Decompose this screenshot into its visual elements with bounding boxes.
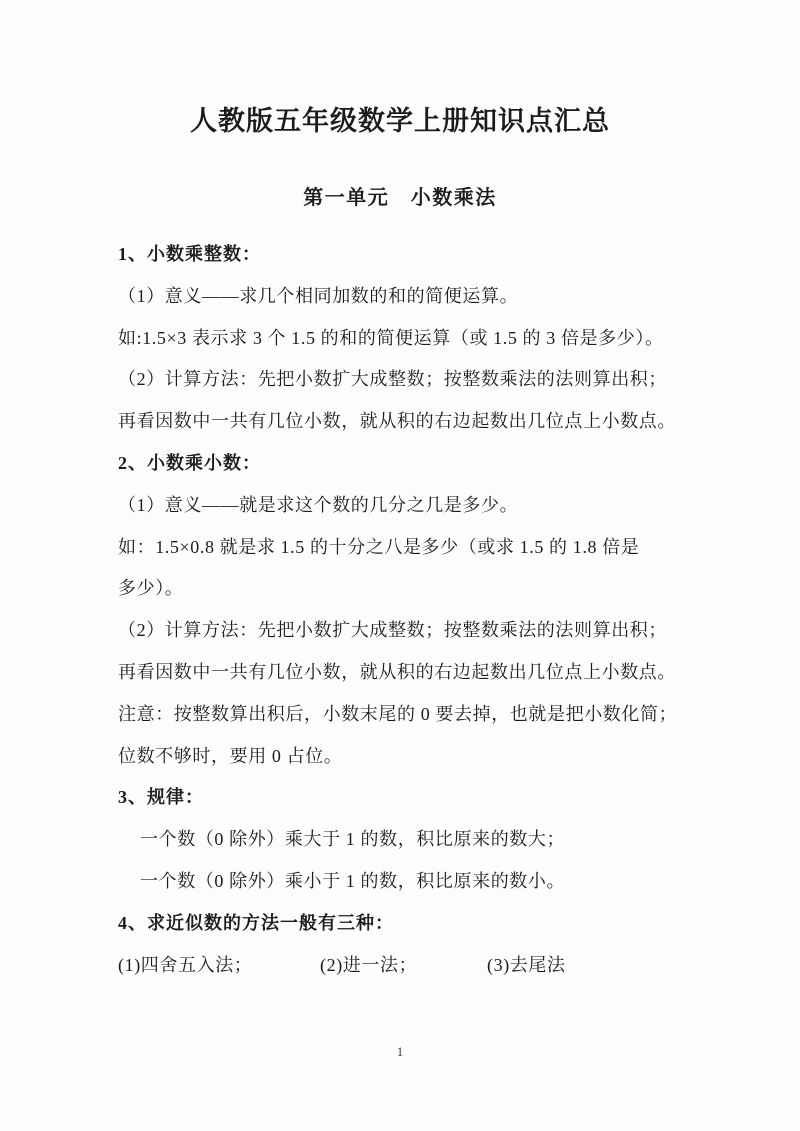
- text-line: 再看因数中一共有几位小数，就从积的右边起数出几位点上小数点。: [118, 401, 698, 443]
- text-line: 一个数（0 除外）乘大于 1 的数，积比原来的数大；: [118, 819, 698, 861]
- text-line: （1）意义——就是求这个数的几分之几是多少。: [118, 485, 698, 527]
- section-4-heading: 4、求近似数的方法一般有三种：: [118, 903, 698, 945]
- section-2-heading: 2、小数乘小数：: [118, 443, 698, 485]
- text-line: 位数不够时，要用 0 占位。: [118, 736, 698, 778]
- document-page: 人教版五年级数学上册知识点汇总 第一单元 小数乘法 1、小数乘整数： （1）意义…: [0, 0, 800, 1131]
- text-line: （2）计算方法：先把小数扩大成整数；按整数乘法的法则算出积；: [118, 610, 698, 652]
- text-line: 一个数（0 除外）乘小于 1 的数，积比原来的数小。: [118, 861, 698, 903]
- method-option-3: (3)去尾法: [487, 945, 566, 987]
- unit-heading: 第一单元 小数乘法: [0, 181, 800, 210]
- document-title: 人教版五年级数学上册知识点汇总: [0, 99, 800, 138]
- text-line: （2）计算方法：先把小数扩大成整数；按整数乘法的法则算出积；: [118, 359, 698, 401]
- method-option-1: (1)四舍五入法；: [118, 945, 252, 987]
- method-option-2: (2)进一法；: [320, 945, 417, 987]
- methods-line: (1)四舍五入法； (2)进一法； (3)去尾法: [118, 945, 698, 987]
- section-1-heading: 1、小数乘整数：: [118, 234, 698, 276]
- text-line: 多少）。: [118, 568, 698, 610]
- text-line: 如:1.5×3 表示求 3 个 1.5 的和的简便运算（或 1.5 的 3 倍是…: [118, 318, 698, 360]
- text-line: （1）意义——求几个相同加数的和的简便运算。: [118, 276, 698, 318]
- page-number: 1: [0, 1044, 800, 1060]
- text-line: 如：1.5×0.8 就是求 1.5 的十分之八是多少（或求 1.5 的 1.8 …: [118, 527, 698, 569]
- section-3-heading: 3、规律：: [118, 777, 698, 819]
- text-line: 注意：按整数算出积后，小数末尾的 0 要去掉，也就是把小数化简；: [118, 694, 698, 736]
- document-body: 1、小数乘整数： （1）意义——求几个相同加数的和的简便运算。 如:1.5×3 …: [118, 234, 698, 986]
- text-line: 再看因数中一共有几位小数，就从积的右边起数出几位点上小数点。: [118, 652, 698, 694]
